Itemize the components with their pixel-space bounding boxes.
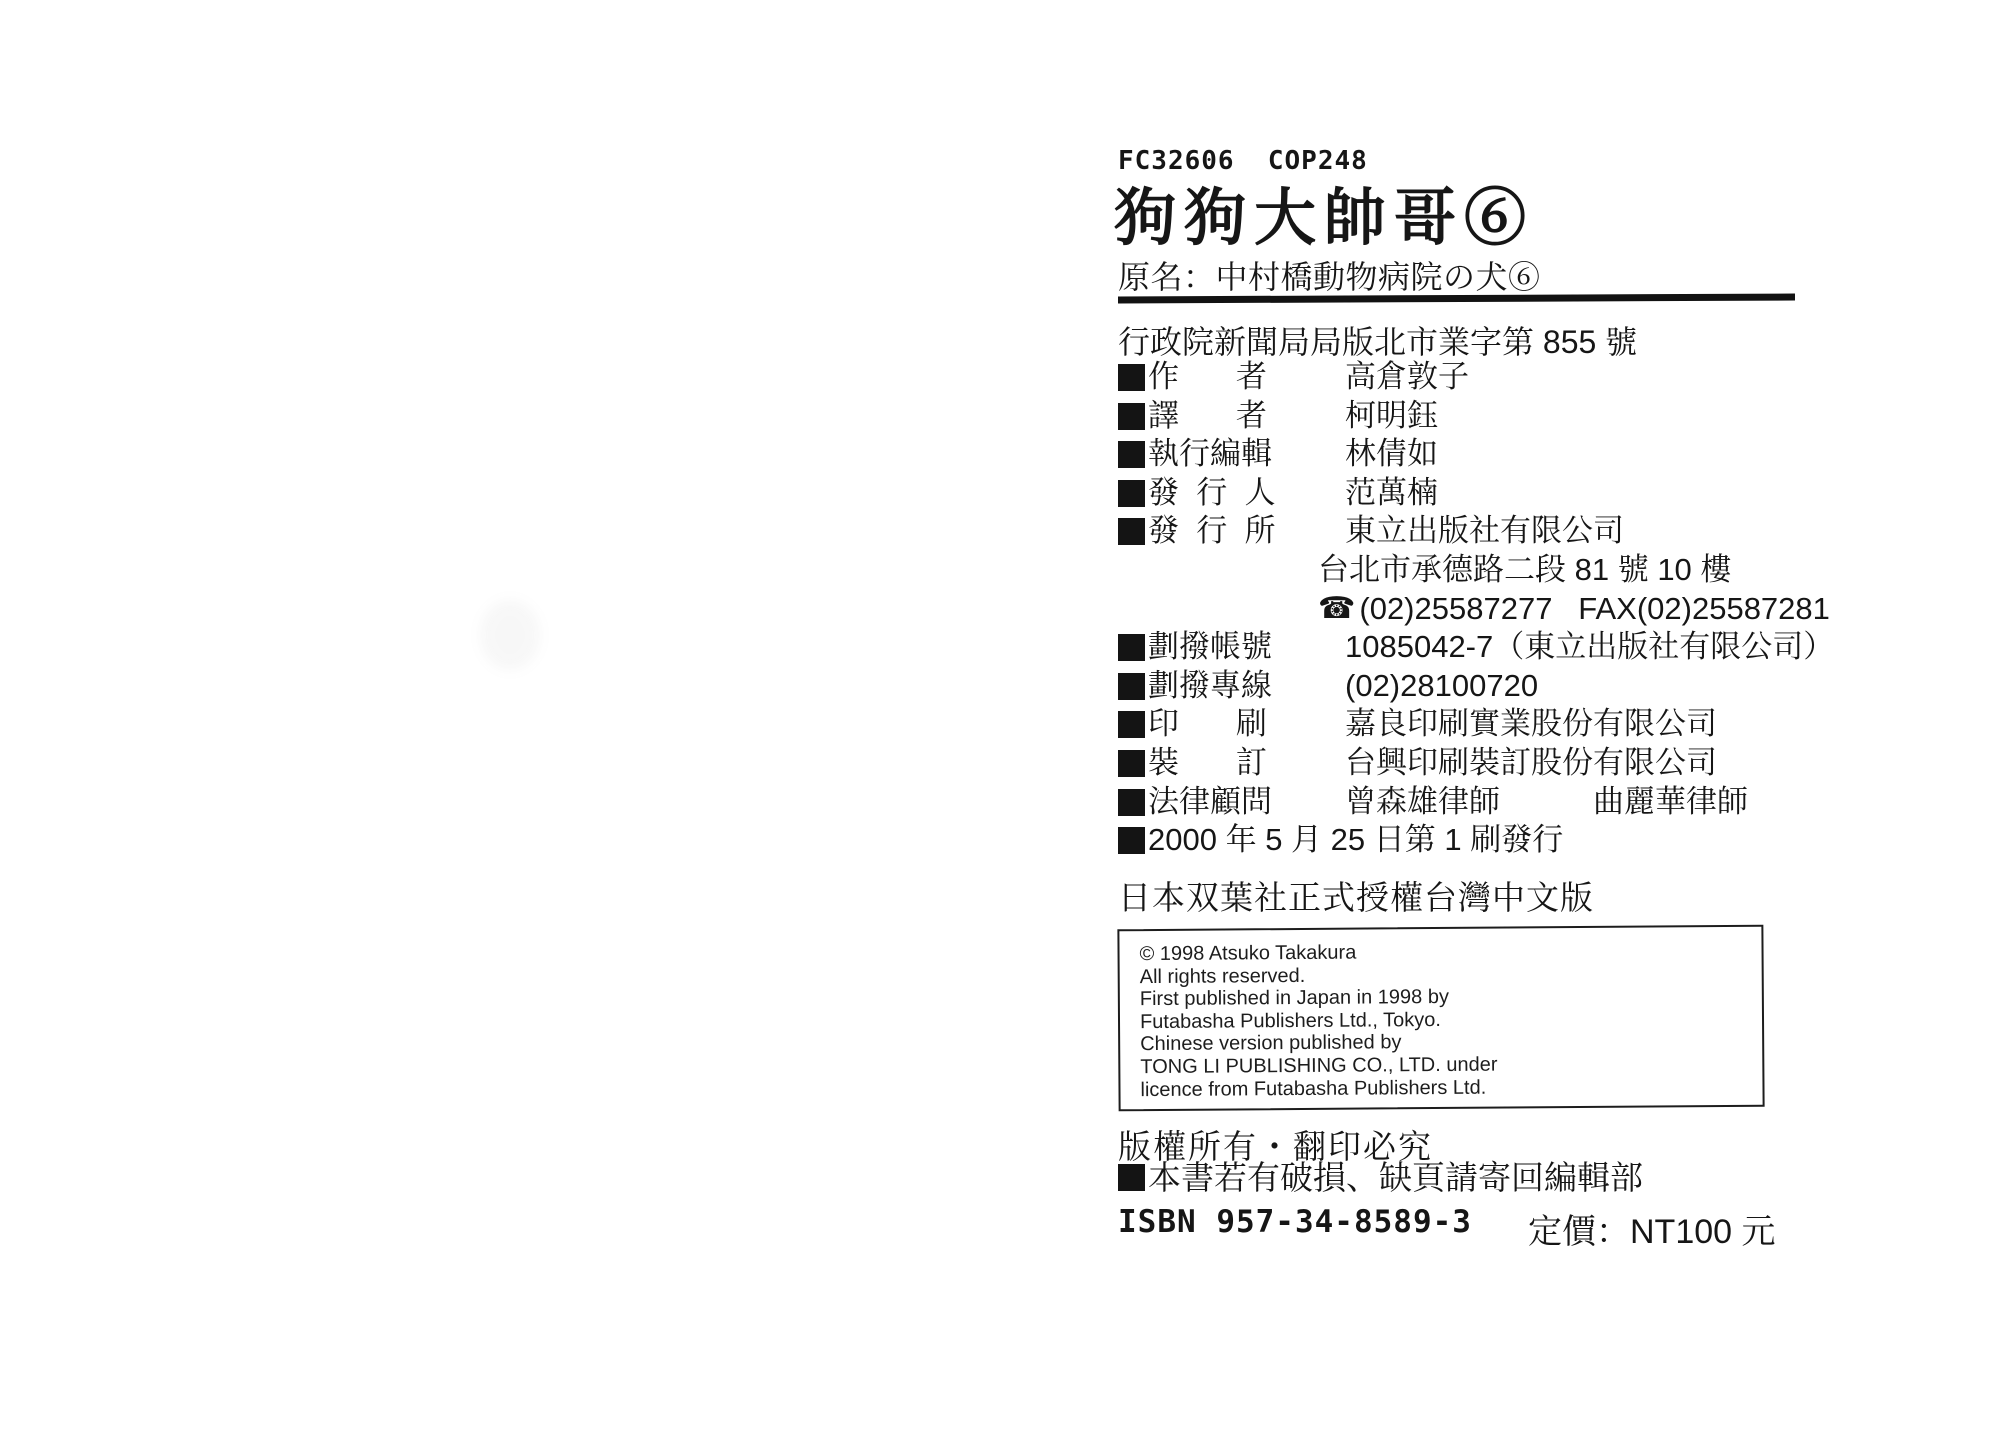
info-row-postal-account: 劃撥帳號 1085042-7（東立出版社有限公司） <box>1118 629 1834 668</box>
license-line: 日本双葉社正式授權台灣中文版 <box>1118 872 1594 919</box>
bullet-square-icon <box>1118 750 1145 777</box>
bullet-square-icon <box>1118 827 1145 854</box>
warning-line: 本書若有破損、缺頁請寄回編輯部 <box>1148 1158 1643 1198</box>
bullet-square-icon <box>1118 711 1145 738</box>
info-value: 1085042-7（東立出版社有限公司） <box>1345 629 1834 665</box>
bullet-square-icon <box>1118 634 1145 661</box>
book-title: 狗狗大帥哥⑥ <box>1114 168 1534 257</box>
info-label: 印 刷 <box>1148 706 1281 742</box>
copyright-box: © 1998 Atsuko Takakura All rights reserv… <box>1117 925 1764 1112</box>
scan-smudge <box>480 600 540 670</box>
price-text: 定價：NT100 元 <box>1528 1204 1776 1253</box>
bullet-square-icon <box>1118 441 1145 468</box>
isbn-text: ISBN 957-34-8589-3 <box>1118 1204 1472 1240</box>
isbn-row: ISBN 957-34-8589-3 定價：NT100 元 <box>1118 1204 1938 1248</box>
info-row-address: 台北市承德路二段 81 號 10 樓 <box>1118 552 1834 591</box>
info-label: 裝 訂 <box>1148 745 1281 781</box>
bullet-square-icon <box>1118 518 1145 545</box>
info-row-publisher-person: 發 行 人 范萬楠 <box>1118 475 1834 514</box>
bullet-square-icon <box>1118 673 1145 700</box>
info-value: 高倉敦子 <box>1345 359 1469 395</box>
warning-row: 本書若有破損、缺頁請寄回編輯部 <box>1118 1158 1643 1198</box>
info-row-edition: 2000 年 5 月 25 日第 1 刷發行 <box>1118 822 1834 861</box>
copyright-line: licence from Futabasha Publishers Ltd. <box>1140 1074 1752 1101</box>
info-label: 劃撥帳號 <box>1148 629 1281 665</box>
bullet-square-icon <box>1118 480 1145 507</box>
info-value: 柯明鈺 <box>1345 398 1438 434</box>
info-label: 執行編輯 <box>1148 436 1281 472</box>
colophon: 作 者 高倉敦子 譯 者 柯明鈺 執行編輯 林倩如 發 行 人 范萬楠 發 行 … <box>1118 359 1834 861</box>
info-value: (02)28100720 <box>1345 668 1538 704</box>
publisher-address: 台北市承德路二段 81 號 10 樓 <box>1318 552 1731 588</box>
info-row-printer: 印 刷 嘉良印刷實業股份有限公司 <box>1118 706 1834 745</box>
phone-icon: ☎ <box>1318 591 1355 627</box>
info-row-legal-advisors: 法律顧問 曾森雄律師 曲麗華律師 <box>1118 784 1834 823</box>
info-row-executive-editor: 執行編輯 林倩如 <box>1118 436 1834 475</box>
info-label: 發 行 人 <box>1148 475 1281 511</box>
info-label: 法律顧問 <box>1148 784 1281 820</box>
info-label: 譯 者 <box>1148 398 1281 434</box>
info-value: 林倩如 <box>1345 436 1438 472</box>
edition-line: 2000 年 5 月 25 日第 1 刷發行 <box>1148 822 1563 858</box>
info-value: 曾森雄律師 曲麗華律師 <box>1345 784 1748 820</box>
bullet-square-icon <box>1118 403 1145 430</box>
phone-fax-numbers: (02)25587277 FAX(02)25587281 <box>1359 591 1830 627</box>
colophon-page: FC32606 COP248 狗狗大帥哥⑥ 原名：中村橋動物病院の犬⑥ 行政院新… <box>0 0 2008 1431</box>
info-row-binder: 裝 訂 台興印刷裝訂股份有限公司 <box>1118 745 1834 784</box>
info-label: 作 者 <box>1148 359 1281 395</box>
info-row-phone: ☎ (02)25587277 FAX(02)25587281 <box>1118 591 1834 630</box>
bullet-square-icon <box>1118 1164 1145 1191</box>
info-label: 發 行 所 <box>1148 513 1281 549</box>
info-row-translator: 譯 者 柯明鈺 <box>1118 398 1834 437</box>
info-value: 台興印刷裝訂股份有限公司 <box>1345 745 1717 781</box>
info-value: 東立出版社有限公司 <box>1345 513 1624 549</box>
info-row-publisher-company: 發 行 所 東立出版社有限公司 <box>1118 513 1834 552</box>
bullet-square-icon <box>1118 364 1145 391</box>
info-label: 劃撥專線 <box>1148 668 1281 704</box>
bullet-square-icon <box>1118 789 1145 816</box>
info-value: 嘉良印刷實業股份有限公司 <box>1345 706 1717 742</box>
info-value: 范萬楠 <box>1345 475 1438 511</box>
info-row-author: 作 者 高倉敦子 <box>1118 359 1834 398</box>
info-row-postal-line: 劃撥專線 (02)28100720 <box>1118 668 1834 707</box>
original-title: 原名：中村橋動物病院の犬⑥ <box>1118 252 1541 298</box>
registration-line: 行政院新聞局局版北市業字第 855 號 <box>1118 317 1637 363</box>
